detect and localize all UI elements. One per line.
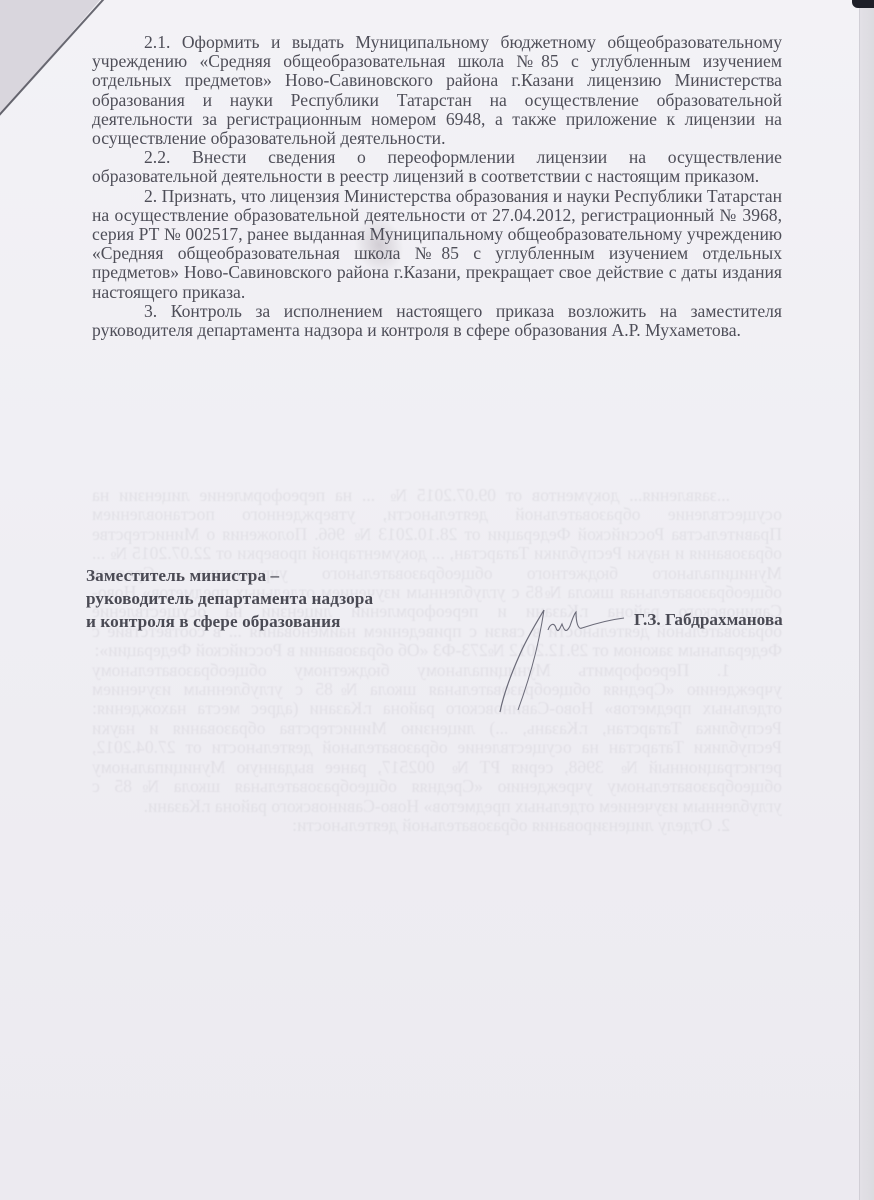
signatory-title-line: Заместитель министра – bbox=[86, 564, 373, 587]
scanned-page: ...заявления... документов от 09.07.2015… bbox=[0, 0, 874, 1200]
scanner-edge bbox=[852, 0, 874, 8]
paragraph-2: 2. Признать, что лицензия Министерства о… bbox=[92, 187, 782, 302]
bleed-paragraph: 1. Переоформить Муниципальному бюджетном… bbox=[92, 661, 782, 816]
paragraph-3: 3. Контроль за исполнением настоящего пр… bbox=[92, 302, 782, 340]
order-body: 2.1. Оформить и выдать Муниципальному бю… bbox=[92, 33, 782, 340]
bleed-through-text: ...заявления... документов от 09.07.2015… bbox=[92, 486, 782, 835]
handwritten-signature-icon bbox=[498, 606, 628, 716]
paragraph-2-2: 2.2. Внести сведения о переоформлении ли… bbox=[92, 148, 782, 186]
bleed-paragraph: 2. Отделу лицензирования образовательной… bbox=[92, 816, 782, 835]
signatory-title: Заместитель министра – руководитель депа… bbox=[86, 564, 373, 633]
signatory-name: Г.З. Габдрахманова bbox=[634, 610, 783, 630]
signatory-title-line: руководитель департамента надзора bbox=[86, 587, 373, 610]
paragraph-2-1: 2.1. Оформить и выдать Муниципальному бю… bbox=[92, 33, 782, 148]
signatory-title-line: и контроля в сфере образования bbox=[86, 610, 373, 633]
page-right-edge bbox=[859, 0, 874, 1200]
